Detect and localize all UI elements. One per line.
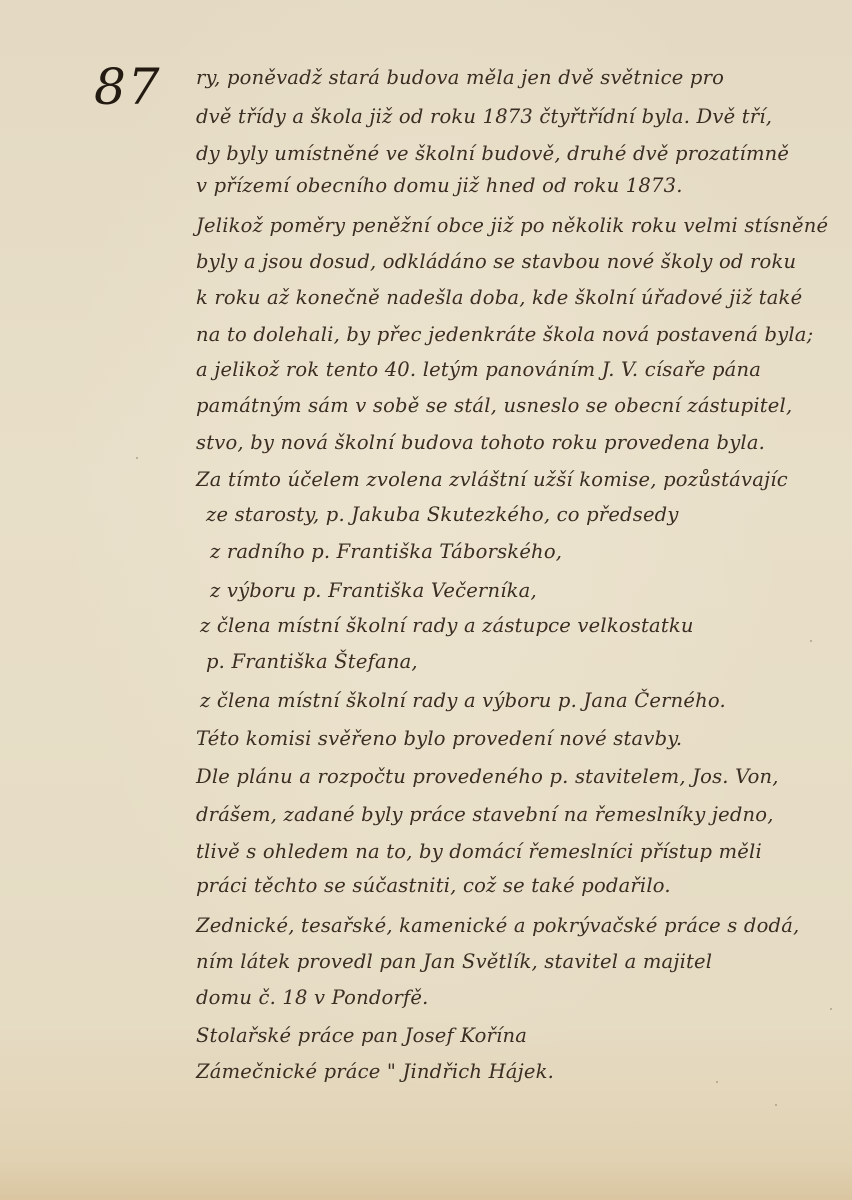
text-line: k roku až konečně nadešla doba, kde škol… [196, 286, 802, 310]
text-line: v přízemí obecního domu již hned od roku… [196, 174, 683, 198]
committee-member-line: ze starosty, p. Jakuba Skutezkého, co př… [206, 503, 679, 527]
text-line: a jelikož rok tento 40. letým panováním … [196, 358, 761, 382]
contractor-line: Zámečnické práce " Jindřich Hájek. [196, 1060, 554, 1084]
paper-speck [136, 457, 138, 459]
text-line: na to dolehali, by přec jedenkráte škola… [196, 323, 813, 347]
text-line: ry, poněvadž stará budova měla jen dvě s… [196, 66, 724, 90]
committee-member-line: p. Františka Štefana, [206, 650, 418, 674]
text-line: drášem, zadané byly práce stavební na ře… [196, 803, 774, 827]
text-line: stvo, by nová školní budova tohoto roku … [196, 431, 765, 455]
text-line: Zednické, tesařské, kamenické a pokrývač… [196, 914, 799, 938]
text-line: tlivě s ohledem na to, by domácí řemesln… [196, 840, 762, 864]
committee-member-line: z člena místní školní rady a zástupce ve… [200, 614, 694, 638]
paper-speck [830, 1008, 832, 1010]
text-line: Dle plánu a rozpočtu provedeného p. stav… [196, 765, 779, 789]
text-line: Za tímto účelem zvolena zvláštní užší ko… [196, 468, 788, 492]
contractor-line: Stolařské práce pan Josef Kořína [196, 1024, 527, 1048]
paper-speck [716, 1081, 718, 1083]
paper-speck [775, 1104, 777, 1106]
committee-member-line: z radního p. Františka Táborského, [210, 540, 562, 564]
text-line: byly a jsou dosud, odkládáno se stavbou … [196, 250, 796, 274]
manuscript-page: 87 ry, poněvadž stará budova měla jen dv… [0, 0, 852, 1200]
text-line: dy byly umístněné ve školní budově, druh… [196, 142, 789, 166]
text-line: Této komisi svěřeno bylo provedení nové … [196, 727, 682, 751]
committee-member-line: z člena místní školní rady a výboru p. J… [200, 689, 726, 713]
paper-speck [810, 640, 812, 642]
text-line: ním látek provedl pan Jan Světlík, stavi… [196, 950, 712, 974]
page-number: 87 [94, 62, 162, 112]
committee-member-line: z výboru p. Františka Večerníka, [210, 579, 537, 603]
text-line: památným sám v sobě se stál, usneslo se … [196, 394, 792, 418]
text-line: práci těchto se súčastniti, což se také … [196, 874, 671, 898]
text-line: dvě třídy a škola již od roku 1873 čtyřt… [196, 105, 772, 129]
text-line: Jelikož poměry peněžní obce již po někol… [196, 214, 828, 238]
text-line: domu č. 18 v Pondorfě. [196, 986, 429, 1010]
